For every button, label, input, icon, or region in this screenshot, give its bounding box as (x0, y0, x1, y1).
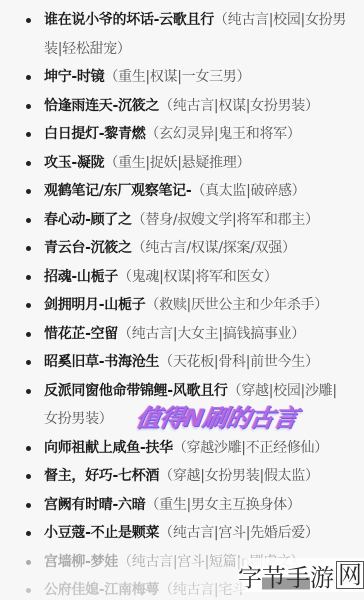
book-tags: （纯古言|大女主|搞钱搞事业） (118, 326, 305, 342)
list-item: 春心动-顾了之（替身/叔嫂文学|将军和郡主） (0, 206, 364, 235)
bullet-icon (26, 560, 31, 565)
site-watermark: 字节手游网 (232, 558, 364, 592)
book-tags: （纯古言|宫斗|先婚后爱） (159, 525, 319, 541)
bullet-icon (26, 503, 31, 508)
list-item: 宫阙有时晴-六暗（重生|男女主互换身体） (0, 491, 364, 520)
list-item: 恰逢雨连天-沉筱之（纯古言|权谋|女扮男装） (0, 92, 364, 121)
book-title: 小豆蔻-不止是颗菜 (44, 525, 159, 541)
book-title: 恰逢雨连天-沉筱之 (44, 98, 159, 114)
overlay-stamp-text: 值得N刷的古言 (134, 398, 301, 433)
book-tags: （穿越|女扮男装|假太监） (159, 468, 319, 484)
book-title: 春心动-顾了之 (44, 212, 132, 228)
bullet-icon (26, 104, 31, 109)
bullet-icon (26, 161, 31, 166)
book-tags: （玄幻灵异|鬼王和将军） (145, 126, 300, 142)
list-item: 观鹤笔记/东厂观察笔记-（真太监|破碎感） (0, 177, 364, 206)
book-tags: （天花板|骨科|前世今生） (159, 354, 319, 370)
book-title: 宫阙有时晴-六暗 (44, 497, 145, 513)
bullet-icon (26, 474, 31, 479)
bullet-icon (26, 389, 31, 394)
list-item: 坤宁-时镜（重生|权谋|一女三男） (0, 63, 364, 92)
list-item: 向师祖献上咸鱼-扶华（穿越沙雕|不正经修仙） (0, 434, 364, 463)
list-item: 昭奚旧草-书海沧生（天花板|骨科|前世今生） (0, 348, 364, 377)
book-tags: （纯古言|权谋|女扮男装） (159, 98, 319, 114)
book-title: 反派同窗他命带锦鲤-风歌且行 (44, 383, 228, 399)
book-title: 攻玉-凝陇 (44, 155, 104, 171)
list-item: 攻玉-凝陇（重生|捉妖|悬疑推理） (0, 149, 364, 178)
bullet-icon (26, 588, 31, 593)
bullet-icon (26, 189, 31, 194)
book-tags: （救赎|厌世公主和少年杀手） (145, 297, 328, 313)
list-item: 招魂-山栀子（鬼魂|权谋|将军和医女） (0, 263, 364, 292)
watermark-char: 游 (310, 558, 334, 593)
bullet-icon (26, 132, 31, 137)
book-title: 剑拥明月-山栀子 (44, 297, 145, 313)
list-item: 惜花芷-空留（纯古言|大女主|搞钱搞事业） (0, 320, 364, 349)
bullet-icon (26, 332, 31, 337)
book-tags: （替身/叔嫂文学|将军和郡主） (132, 212, 319, 228)
list-item: 剑拥明月-山栀子（救赎|厌世公主和少年杀手） (0, 291, 364, 320)
bullet-icon (26, 303, 31, 308)
list-item: 谁在说小爷的坏话-云歌且行（纯古言|校园|女扮男装|轻松甜宠） (0, 6, 364, 63)
book-list: 谁在说小爷的坏话-云歌且行（纯古言|校园|女扮男装|轻松甜宠） 坤宁-时镜（重生… (0, 6, 364, 600)
book-tags: （重生|男女主互换身体） (145, 497, 300, 513)
list-item: 青云台-沉筱之（纯古言/权谋/探案/双强） (0, 234, 364, 263)
list-item: 白日提灯-黎青燃（玄幻灵异|鬼王和将军） (0, 120, 364, 149)
book-title: 招魂-山栀子 (44, 269, 118, 285)
list-item: 督主，好巧-七杯酒（穿越|女扮男装|假太监） (0, 462, 364, 491)
list-item: 小豆蔻-不止是颗菜（纯古言|宫斗|先婚后爱） (0, 519, 364, 548)
bullet-icon (26, 360, 31, 365)
book-tags: （纯古言/权谋/探案/双强） (132, 240, 296, 256)
watermark-box-char: 网 (336, 561, 364, 589)
watermark-highlight: 节手 (262, 558, 310, 593)
watermark-char: 字 (238, 558, 262, 593)
book-title: 惜花芷-空留 (44, 326, 118, 342)
book-title: 昭奚旧草-书海沧生 (44, 354, 159, 370)
bullet-icon (26, 18, 31, 23)
book-tags: （穿越沙雕|不正经修仙） (173, 440, 328, 456)
book-tags: （鬼魂|权谋|将军和医女） (118, 269, 278, 285)
book-title: 青云台-沉筱之 (44, 240, 132, 256)
book-tags: （重生|权谋|一女三男） (104, 69, 250, 85)
book-title: 谁在说小爷的坏话-云歌且行 (44, 12, 214, 28)
book-title: 公府佳媳-江南梅萼 (44, 582, 159, 598)
bullet-icon (26, 218, 31, 223)
bullet-icon (26, 446, 31, 451)
book-title: 白日提灯-黎青燃 (44, 126, 145, 142)
bullet-icon (26, 275, 31, 280)
bullet-icon (26, 246, 31, 251)
book-title: 观鹤笔记/东厂观察笔记- (44, 183, 191, 199)
book-tags: （重生|捉妖|悬疑推理） (104, 155, 250, 171)
book-tags: （真太监|破碎感） (191, 183, 305, 199)
book-title: 向师祖献上咸鱼-扶华 (44, 440, 173, 456)
book-title: 督主，好巧-七杯酒 (44, 468, 159, 484)
book-title: 宫墙柳-梦娃 (44, 554, 118, 570)
book-title: 坤宁-时镜 (44, 69, 104, 85)
bullet-icon (26, 531, 31, 536)
bullet-icon (26, 75, 31, 80)
